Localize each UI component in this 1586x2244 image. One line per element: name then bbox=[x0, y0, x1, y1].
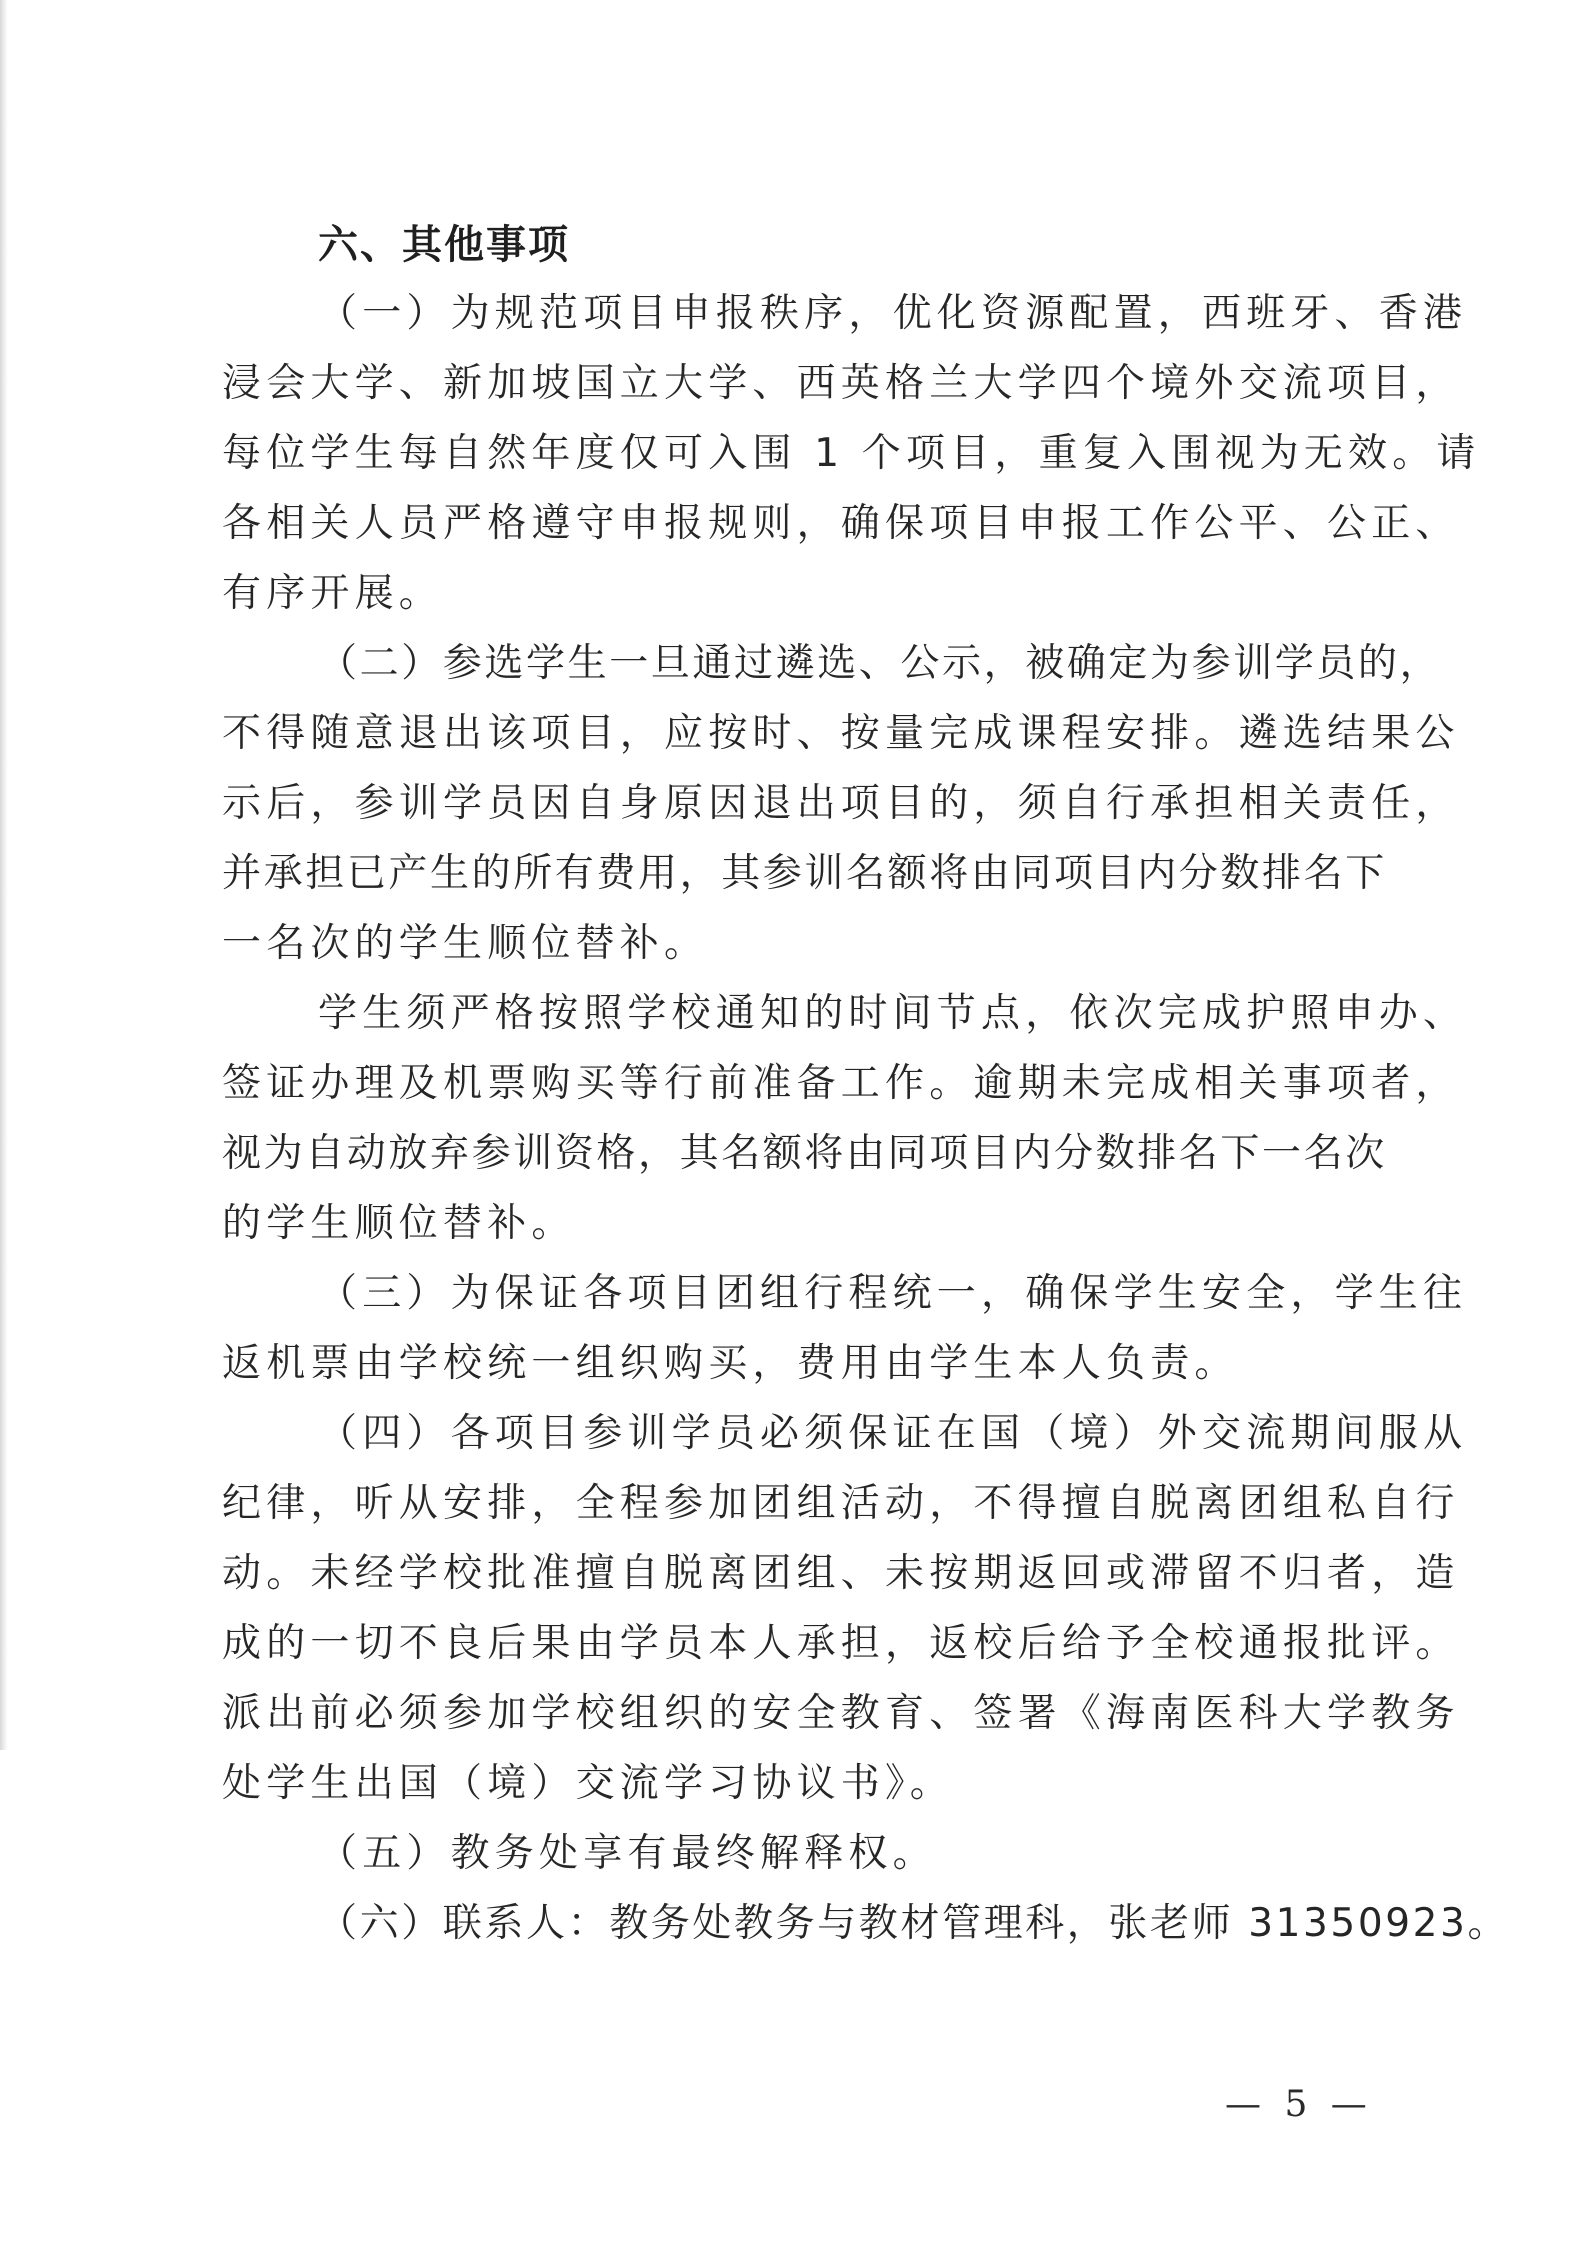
paragraph-line: （三）为保证各项目团组行程统一，确保学生安全，学生往 bbox=[318, 1264, 1412, 1324]
paragraph-line: 每位学生每自然年度仅可入围 1 个项目，重复入围视为无效。请 bbox=[222, 424, 1412, 484]
paragraph-line: （一）为规范项目申报秩序，优化资源配置，西班牙、香港 bbox=[318, 284, 1412, 344]
paragraph-line: 浸会大学、新加坡国立大学、西英格兰大学四个境外交流项目， bbox=[222, 354, 1412, 414]
paragraph-line: 的学生顺位替补。 bbox=[222, 1194, 1412, 1254]
paragraph-line: 各相关人员严格遵守申报规则，确保项目申报工作公平、公正、 bbox=[222, 494, 1412, 554]
scan-edge-shadow bbox=[0, 0, 8, 1750]
paragraph-line: 处学生出国（境）交流学习协议书》。 bbox=[222, 1754, 1412, 1814]
paragraph-line: 纪律，听从安排，全程参加团组活动，不得擅自脱离团组私自行 bbox=[222, 1474, 1412, 1534]
paragraph-line: 并承担已产生的所有费用，其参训名额将由同项目内分数排名下 bbox=[222, 844, 1412, 904]
paragraph-line: 派出前必须参加学校组织的安全教育、签署《海南医科大学教务 bbox=[222, 1684, 1412, 1744]
paragraph-line: （五）教务处享有最终解释权。 bbox=[318, 1824, 1412, 1884]
paragraph-line: （四）各项目参训学员必须保证在国（境）外交流期间服从 bbox=[318, 1404, 1412, 1464]
paragraph-line: 一名次的学生顺位替补。 bbox=[222, 914, 1412, 974]
paragraph-line: 不得随意退出该项目，应按时、按量完成课程安排。遴选结果公 bbox=[222, 704, 1412, 764]
paragraph-line: 成的一切不良后果由学员本人承担，返校后给予全校通报批评。 bbox=[222, 1614, 1412, 1674]
paragraph-line: 有序开展。 bbox=[222, 564, 1412, 624]
paragraph-line: 返机票由学校统一组织购买，费用由学生本人负责。 bbox=[222, 1334, 1412, 1394]
contact-line: （六）联系人：教务处教务与教材管理科，张老师 31350923。 bbox=[318, 1894, 1412, 1954]
paragraph-line: 视为自动放弃参训资格，其名额将由同项目内分数排名下一名次 bbox=[222, 1124, 1412, 1184]
paragraph-line: 学生须严格按照学校通知的时间节点，依次完成护照申办、 bbox=[318, 984, 1412, 1044]
paragraph-line: 示后，参训学员因自身原因退出项目的，须自行承担相关责任， bbox=[222, 774, 1412, 834]
page-number: — 5 — bbox=[1225, 2080, 1373, 2130]
section-heading: 六、其他事项 bbox=[318, 215, 570, 275]
paragraph-line: （二）参选学生一旦通过遴选、公示，被确定为参训学员的， bbox=[318, 634, 1412, 694]
paragraph-line: 签证办理及机票购买等行前准备工作。逾期未完成相关事项者， bbox=[222, 1054, 1412, 1114]
paragraph-line: 动。未经学校批准擅自脱离团组、未按期返回或滞留不归者，造 bbox=[222, 1544, 1412, 1604]
